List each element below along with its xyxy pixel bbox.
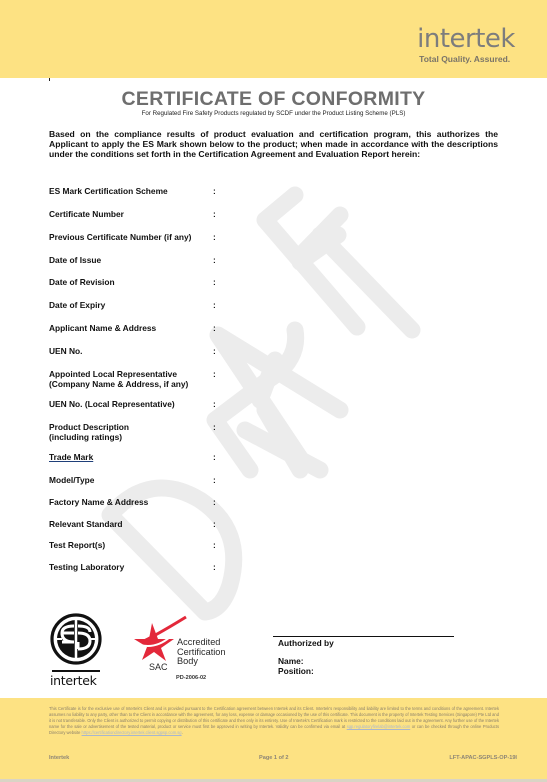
intro-paragraph: Based on the compliance results of produ… — [49, 129, 498, 160]
field-colon: : — [213, 278, 216, 288]
field-colon: : — [213, 563, 216, 573]
field-label-line: Test Report(s) — [49, 541, 214, 551]
signature-line — [273, 636, 454, 637]
field-label: Test Report(s) — [49, 541, 214, 551]
field-label: Testing Laboratory — [49, 563, 214, 573]
field-colon: : — [213, 347, 216, 357]
field-label-line: UEN No. (Local Representative) — [49, 400, 214, 410]
sac-accreditation-logo: Accredited Certification Body SAC PD-200… — [130, 615, 240, 685]
position-label: Position: — [278, 666, 314, 676]
field-label: Previous Certificate Number (if any) — [49, 233, 214, 243]
authorized-by-label: Authorized by — [278, 638, 334, 648]
field-label-line: Certificate Number — [49, 210, 214, 220]
field-label-line: Factory Name & Address — [49, 498, 214, 508]
field-colon: : — [213, 400, 216, 410]
field-label: Date of Issue — [49, 256, 214, 266]
field-label-line-2: (including ratings) — [49, 433, 214, 443]
brand-tagline: Total Quality. Assured. — [419, 54, 515, 64]
sac-accreditation-text: Accredited Certification Body — [177, 638, 226, 667]
certificate-title: CERTIFICATE OF CONFORMITY — [0, 88, 547, 111]
field-colon: : — [213, 423, 216, 433]
field-label: ES Mark Certification Scheme — [49, 187, 214, 197]
field-colon: : — [213, 498, 216, 508]
logo-divider — [52, 670, 100, 672]
field-label: Date of Expiry — [49, 301, 214, 311]
disclaimer-end: . — [182, 730, 183, 735]
field-colon: : — [213, 476, 216, 486]
field-label: Product Description(including ratings) — [49, 423, 214, 442]
sac-abbreviation: SAC — [149, 662, 168, 672]
field-colon: : — [213, 210, 216, 220]
page-number: Page 1 of 2 — [259, 755, 289, 761]
field-label: Date of Revision — [49, 278, 214, 288]
field-label-line-2: (Company Name & Address, if any) — [49, 380, 214, 390]
field-colon: : — [213, 233, 216, 243]
field-label: Relevant Standard — [49, 520, 214, 530]
field-label-line: Applicant Name & Address — [49, 324, 214, 334]
field-label-line: Date of Revision — [49, 278, 214, 288]
sac-accreditation-code: PD-2006-02 — [176, 675, 206, 681]
field-label-line: Previous Certificate Number (if any) — [49, 233, 214, 243]
field-label-line: Date of Issue — [49, 256, 214, 266]
field-label: UEN No. — [49, 347, 214, 357]
field-colon: : — [213, 520, 216, 530]
field-colon: : — [213, 301, 216, 311]
field-colon: : — [213, 370, 216, 380]
text-cursor — [49, 78, 50, 81]
sac-line-3: Body — [177, 657, 226, 667]
field-label-line: UEN No. — [49, 347, 214, 357]
field-label: Certificate Number — [49, 210, 214, 220]
field-label-line: Model/Type — [49, 476, 214, 486]
field-label-line: ES Mark Certification Scheme — [49, 187, 214, 197]
footer-company: Intertek — [49, 755, 69, 761]
footer-disclaimer: This Certificate is for the exclusive us… — [49, 706, 499, 736]
intertek-logo: intertek Total Quality. Assured. — [417, 26, 515, 64]
field-label-line: Testing Laboratory — [49, 563, 214, 573]
field-label-line: Trade Mark — [49, 453, 214, 463]
es-mark-brand: intertek — [50, 673, 97, 688]
field-label: Trade Mark — [49, 453, 214, 463]
field-label: UEN No. (Local Representative) — [49, 400, 214, 410]
field-label: Appointed Local Representative(Company N… — [49, 370, 214, 389]
field-label: Applicant Name & Address — [49, 324, 214, 334]
field-label: Factory Name & Address — [49, 498, 214, 508]
header-band: intertek Total Quality. Assured. — [0, 0, 547, 78]
field-colon: : — [213, 324, 216, 334]
document-code: LFT-APAC-SGPLS-OP-19I — [449, 755, 517, 761]
field-label-line: Date of Expiry — [49, 301, 214, 311]
name-label: Name: — [278, 656, 304, 666]
field-colon: : — [213, 256, 216, 266]
validation-email-link[interactable]: sgp.regulatoryfirelab@intertek.com — [347, 724, 411, 729]
brand-name: intertek — [417, 26, 515, 52]
field-colon: : — [213, 187, 216, 197]
es-mark-logo: intertek — [48, 611, 104, 689]
field-label-line: Relevant Standard — [49, 520, 214, 530]
field-colon: : — [213, 541, 216, 551]
field-label: Model/Type — [49, 476, 214, 486]
certificate-subtitle: For Regulated Fire Safety Products regul… — [0, 110, 547, 117]
field-colon: : — [213, 453, 216, 463]
products-directory-link[interactable]: https://certificationdirectory.intertek.… — [82, 730, 182, 735]
es-mark-icon — [48, 611, 104, 669]
